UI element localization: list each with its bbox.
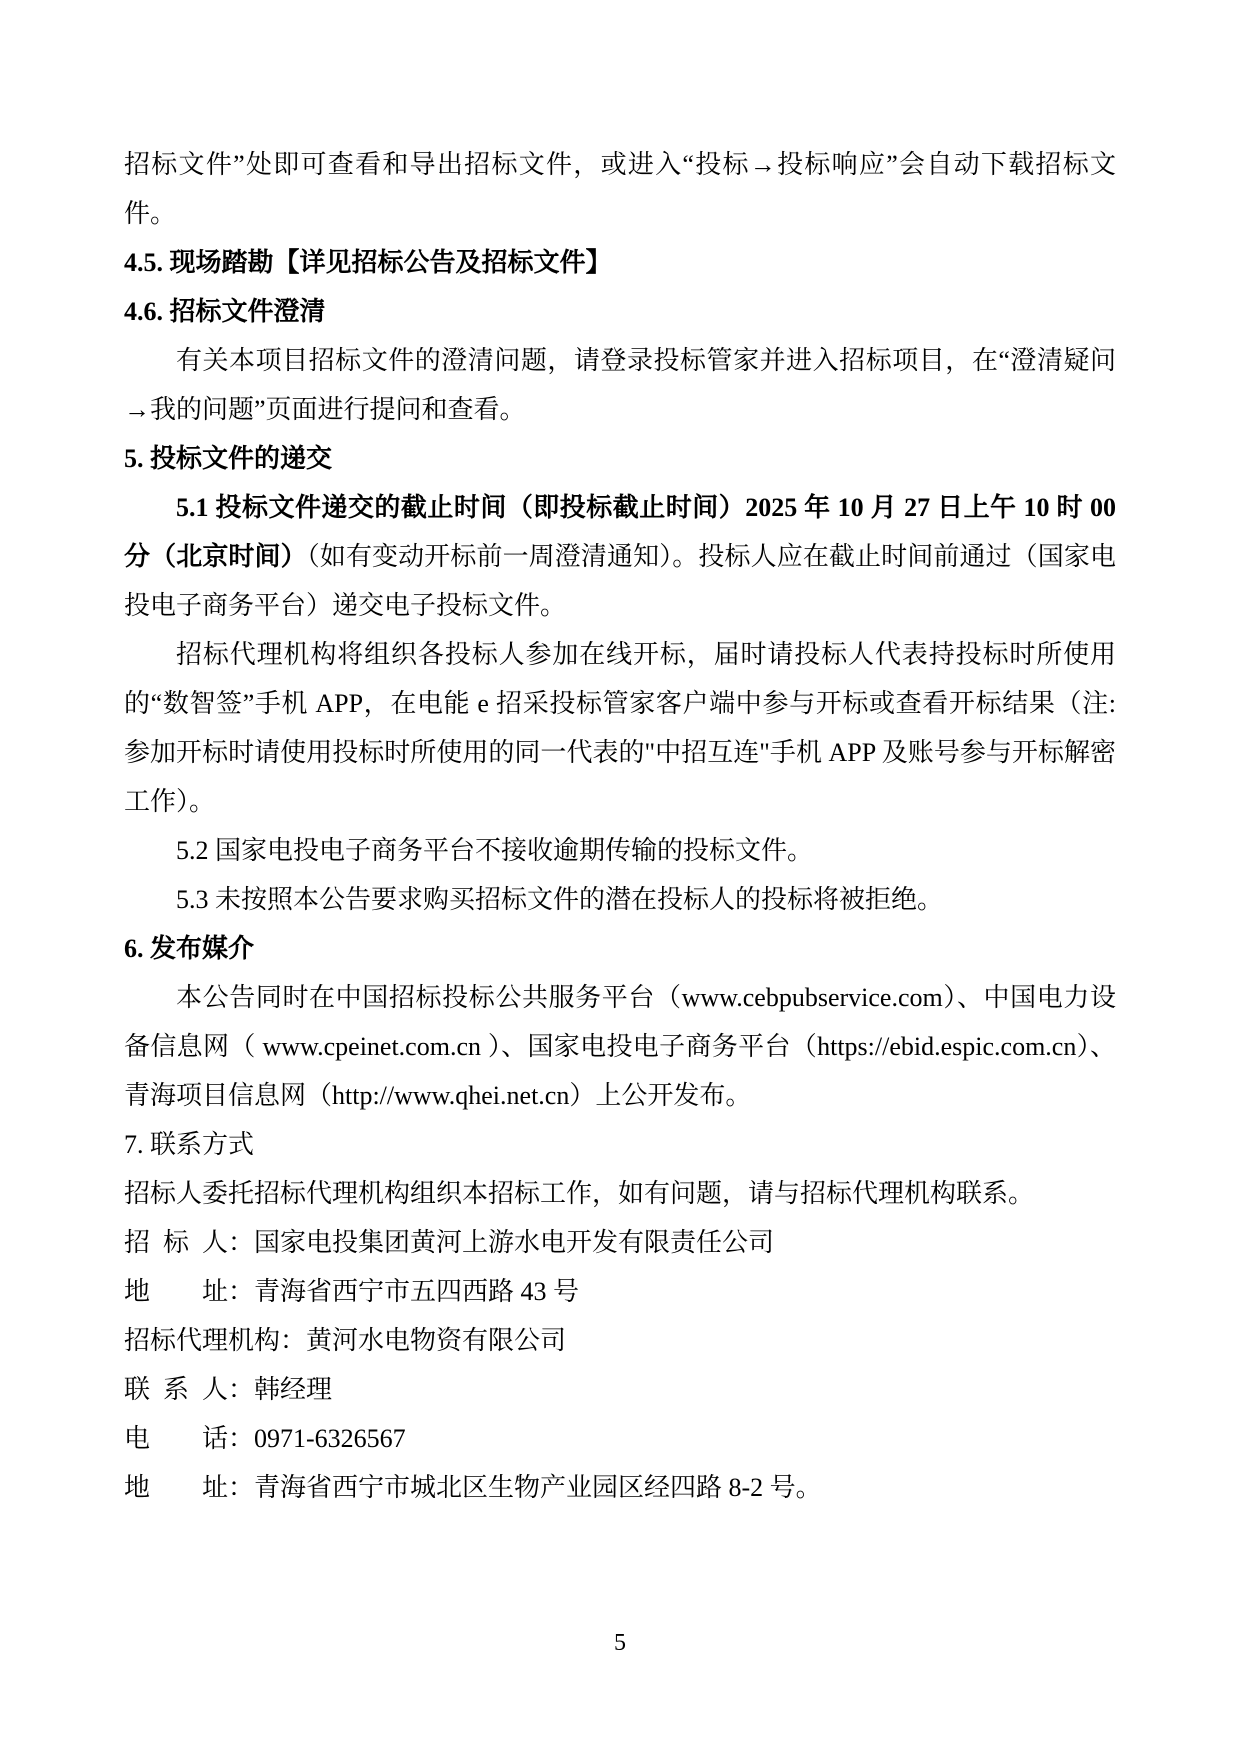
contact-value-address: 青海省西宁市五四西路 43 号 <box>254 1277 579 1306</box>
contact-value-agency: 黄河水电物资有限公司 <box>306 1326 566 1355</box>
heading-7-contact-info: 7. 联系方式 <box>124 1120 1116 1169</box>
contact-colon: ： <box>280 1326 306 1355</box>
heading-4-6-clarification: 4.6. 招标文件澄清 <box>124 287 1116 336</box>
contact-label-address: 地址 <box>124 1267 228 1316</box>
paragraph-clarification: 有关本项目招标文件的澄清问题，请登录投标管家并进入招标项目，在“澄清疑问→我的问… <box>124 336 1116 434</box>
paragraph-5-3-rejection: 5.3 未按照本公告要求购买招标文件的潜在投标人的投标将被拒绝。 <box>124 875 1116 924</box>
contact-value-phone: 0971-6326567 <box>254 1424 406 1453</box>
contact-value-agency-address: 青海省西宁市城北区生物产业园区经四路 8-2 号。 <box>254 1473 822 1502</box>
contact-row-agency: 招标代理机构：黄河水电物资有限公司 <box>124 1316 1116 1365</box>
contact-value-tenderer: 国家电投集团黄河上游水电开发有限责任公司 <box>254 1228 774 1257</box>
heading-6-publication-media: 6. 发布媒介 <box>124 924 1116 973</box>
contact-label-agency: 招标代理机构 <box>124 1316 280 1365</box>
paragraph-5-1-deadline: 5.1 投标文件递交的截止时间（即投标截止时间）2025 年 10 月 27 日… <box>124 483 1116 630</box>
contact-colon: ： <box>228 1228 254 1257</box>
document-page: 招标文件”处即可查看和导出招标文件，或进入“投标→投标响应”会自动下载招标文件。… <box>0 0 1240 1753</box>
paragraph-continuation: 招标文件”处即可查看和导出招标文件，或进入“投标→投标响应”会自动下载招标文件。 <box>124 140 1116 238</box>
contact-row-phone: 电话：0971-6326567 <box>124 1414 1116 1463</box>
contact-row-person: 联系人：韩经理 <box>124 1365 1116 1414</box>
contact-row-tenderer: 招标人：国家电投集团黄河上游水电开发有限责任公司 <box>124 1218 1116 1267</box>
contact-label-tenderer: 招标人 <box>124 1218 228 1267</box>
paragraph-online-bid-opening: 招标代理机构将组织各投标人参加在线开标，届时请投标人代表持投标时所使用的“数智签… <box>124 630 1116 826</box>
contact-row-agency-address: 地址：青海省西宁市城北区生物产业园区经四路 8-2 号。 <box>124 1463 1116 1512</box>
heading-5-bid-submission: 5. 投标文件的递交 <box>124 434 1116 483</box>
contact-value-person: 韩经理 <box>254 1375 332 1404</box>
contact-label-agency-address: 地址 <box>124 1463 228 1512</box>
document-content: 招标文件”处即可查看和导出招标文件，或进入“投标→投标响应”会自动下载招标文件。… <box>124 140 1116 1512</box>
paragraph-contact-intro: 招标人委托招标代理机构组织本招标工作，如有问题，请与招标代理机构联系。 <box>124 1169 1116 1218</box>
paragraph-publication-platforms: 本公告同时在中国招标投标公共服务平台（www.cebpubservice.com… <box>124 973 1116 1120</box>
contact-colon: ： <box>228 1424 254 1453</box>
page-number: 5 <box>0 1628 1240 1658</box>
paragraph-5-2-late-bids: 5.2 国家电投电子商务平台不接收逾期传输的投标文件。 <box>124 826 1116 875</box>
contact-row-tenderer-address: 地址：青海省西宁市五四西路 43 号 <box>124 1267 1116 1316</box>
contact-colon: ： <box>228 1277 254 1306</box>
contact-colon: ： <box>228 1375 254 1404</box>
contact-colon: ： <box>228 1473 254 1502</box>
contact-label-person: 联系人 <box>124 1365 228 1414</box>
heading-4-5-site-visit: 4.5. 现场踏勘【详见招标公告及招标文件】 <box>124 238 1116 287</box>
contact-label-phone: 电话 <box>124 1414 228 1463</box>
